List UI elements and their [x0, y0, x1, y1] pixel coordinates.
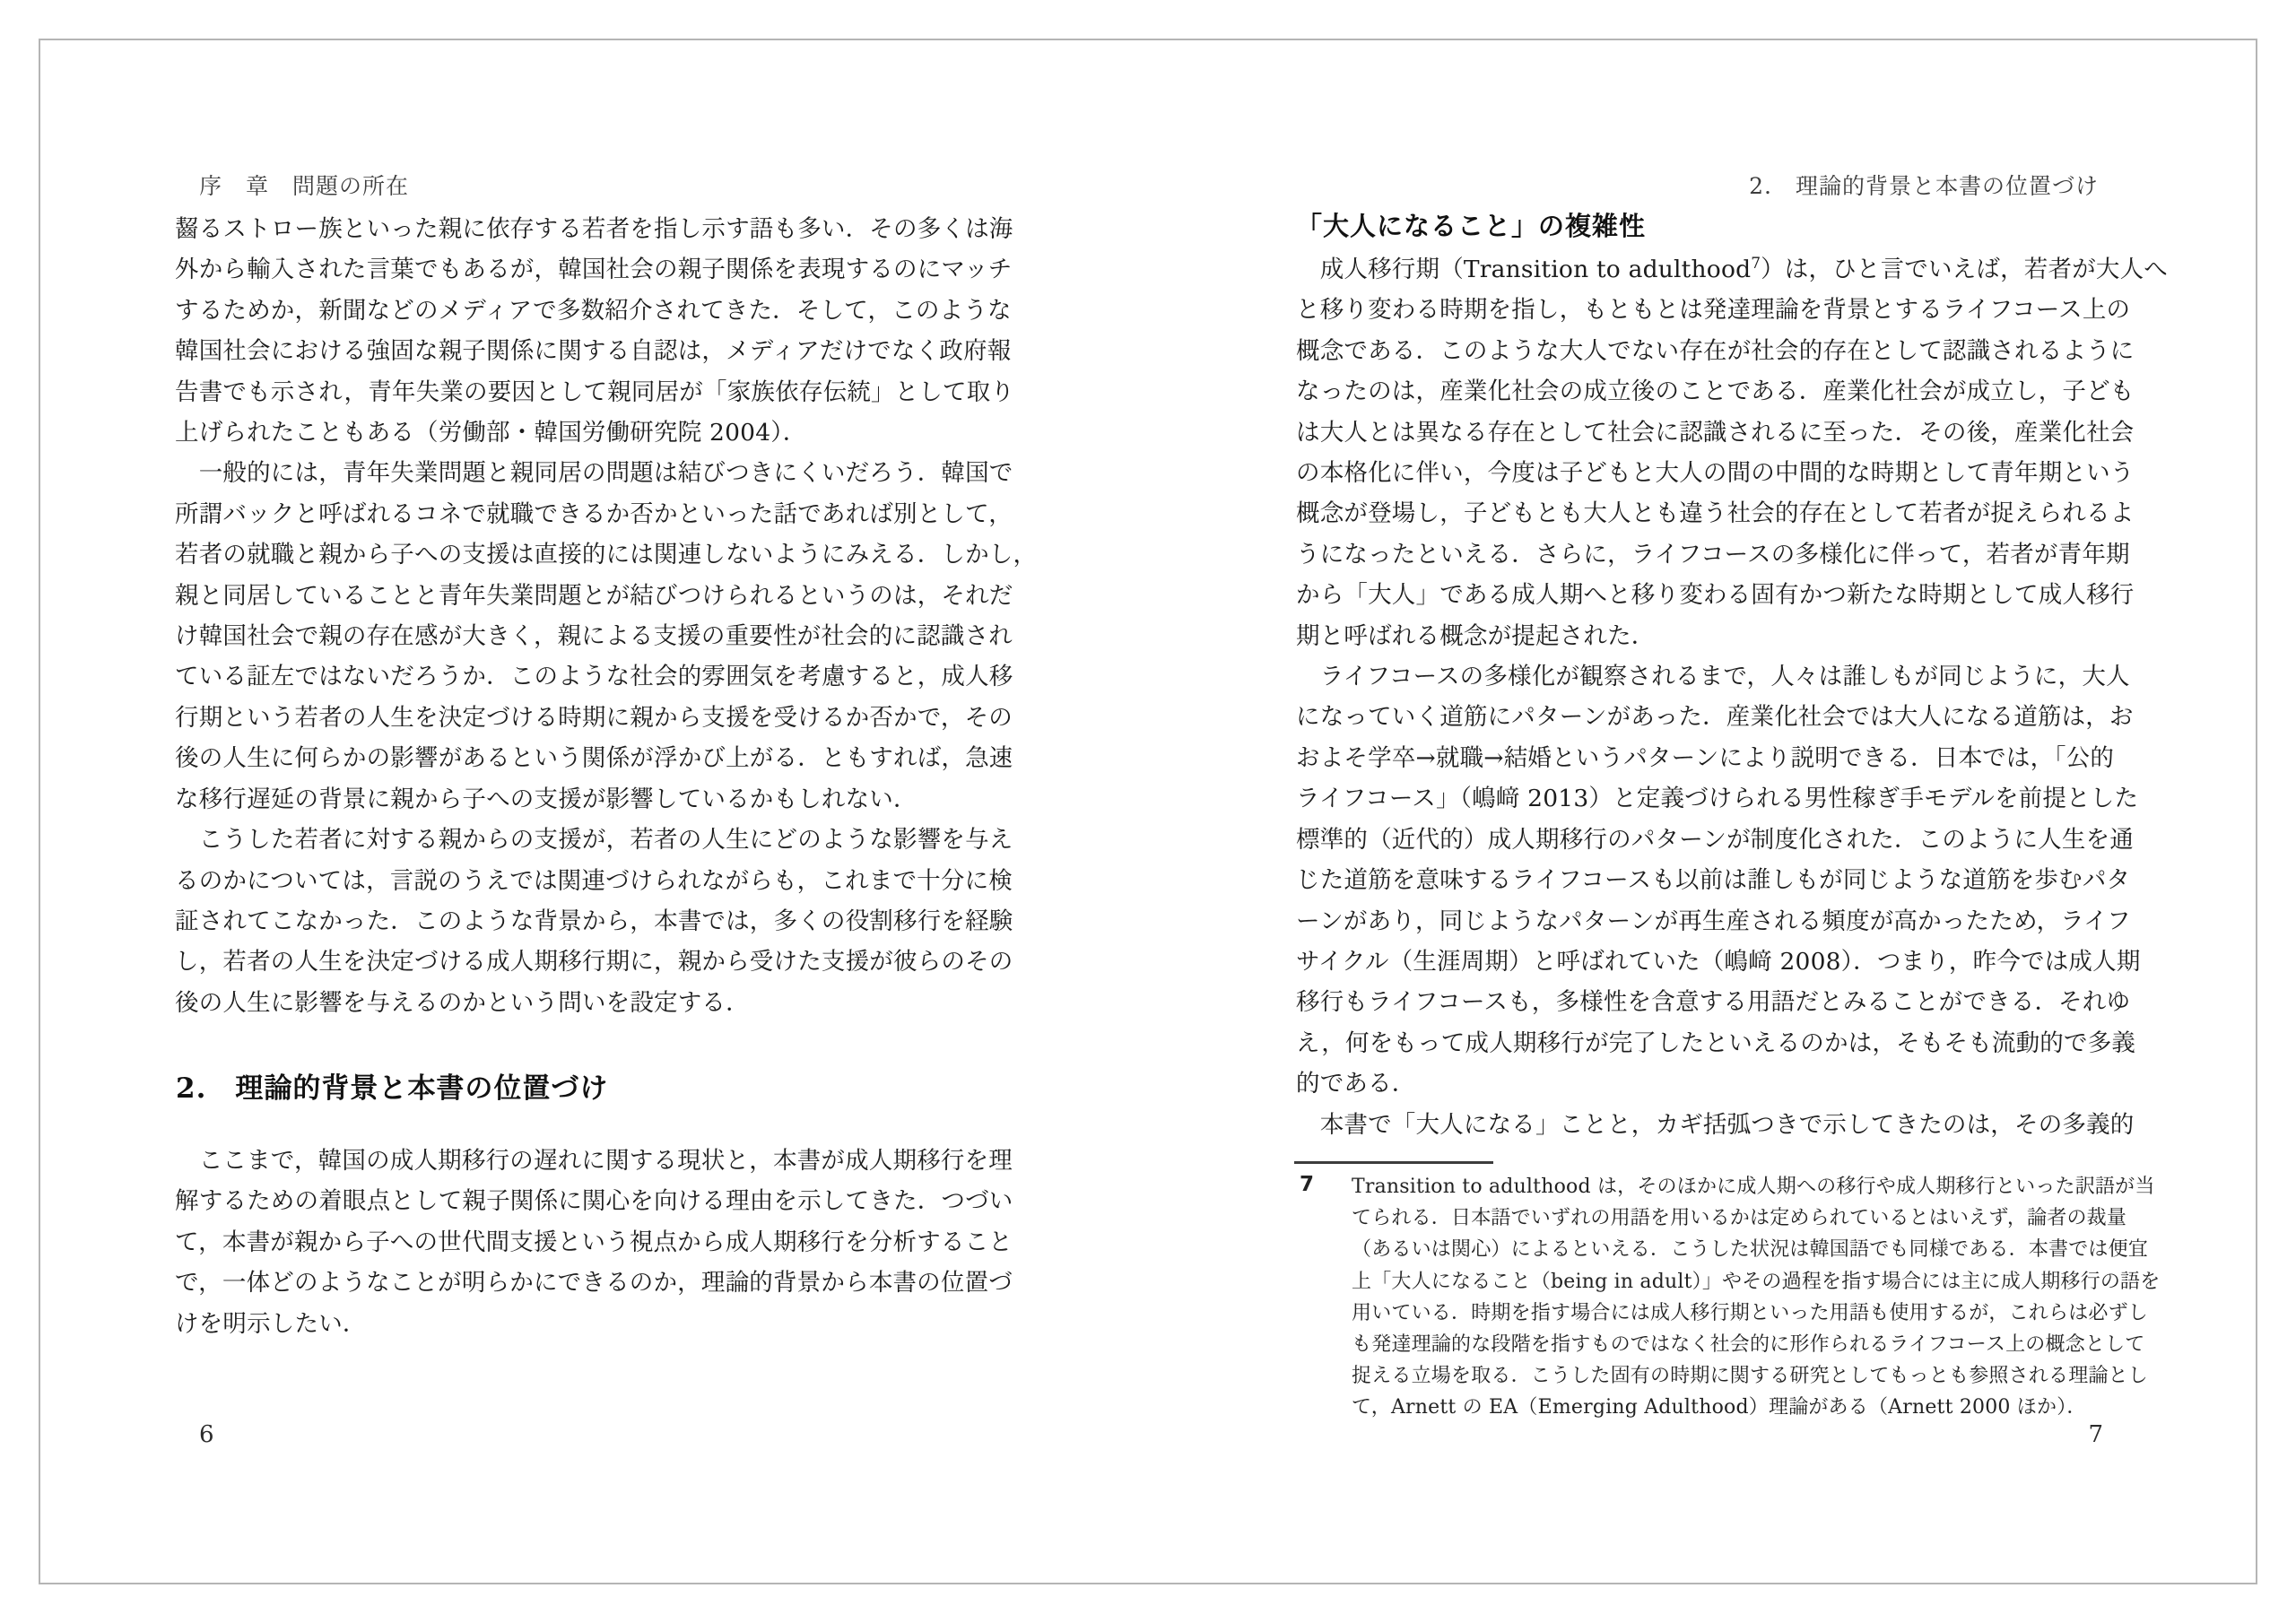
right-body-paragraphs: 成人移行期（Transition to adulthood7）は，ひと言でいえば… — [1296, 249, 2128, 1145]
book-spread-scan: 序 章 問題の所在 齧るストロー族といった親に依存する若者を指し示す語も多い．そ… — [0, 0, 2296, 1623]
right-body-rest: と移り変わる時期を指し，もともとは発達理論を背景とするライフコース上の概念である… — [1296, 290, 2128, 1145]
text-line: およそ学卒→就職→結婚というパターンにより説明できる．日本では，「公的 — [1296, 738, 2128, 778]
text-line: も発達理論的な段階を指すものではなく社会的に形作られるライフコース上の概念として — [1352, 1329, 2130, 1360]
text-line: 期と呼ばれる概念が提起された． — [1296, 616, 2128, 656]
text-line: 移行もライフコースも，多様性を含意する用語だとみることができる．それゆ — [1296, 982, 2128, 1022]
left-body-paragraphs: 齧るストロー族といった親に依存する若者を指し示す語も多い．その多くは海外から輸入… — [175, 209, 1013, 1023]
text-line: 一般的には，青年失業問題と親同居の問題は結びつきにくいだろう．韓国で — [175, 453, 1013, 493]
text-line: な移行遅延の背景に親から子への支援が影響しているかもしれない． — [175, 779, 1013, 820]
text-line: （あるいは関心）によるといえる．こうした状況は韓国語でも同様である．本書では便宜 — [1352, 1234, 2130, 1265]
text-line: 捉える立場を取る．こうした固有の時期に関する研究としてもっとも参照される理論とし — [1352, 1360, 2130, 1392]
text-line: て，Arnett の EA（Emerging Adulthood）理論がある（A… — [1352, 1392, 2130, 1423]
text-line: 上げられたこともある（労働部・韓国労働研究院 2004）． — [175, 412, 1013, 453]
left-section-heading: 2. 理論的背景と本書の位置づけ — [176, 1065, 608, 1106]
first-line-post: ）は，ひと言でいえば，若者が大人へ — [1761, 256, 2168, 283]
text-line: は大人とは異なる存在として社会に認識されるに至った．その後，産業化社会 — [1296, 412, 2128, 453]
text-line: で，一体どのようなことが明らかにできるのか，理論的背景から本書の位置づ — [175, 1263, 1013, 1303]
text-line: こうした若者に対する親からの支援が，若者の人生にどのような影響を与え — [175, 820, 1013, 860]
text-line: うになったといえる．さらに，ライフコースの多様化に伴って，若者が青年期 — [1296, 534, 2128, 575]
text-line: え，何をもって成人期移行が完了したといえるのかは，そもそも流動的で多義 — [1296, 1023, 2128, 1063]
text-line: 上「大人になること（being in adult）」やその過程を指す場合には主に… — [1352, 1266, 2130, 1298]
text-line: 解するための着眼点として親子関係に関心を向ける理由を示してきた．つづい — [175, 1181, 1013, 1221]
text-line: 用いている．時期を指す場合には成人移行期といった用語も使用するが，これらは必ずし — [1352, 1298, 2130, 1329]
text-line: けを明示したい． — [175, 1304, 1013, 1344]
text-line: 告書でも示され，青年失業の要因として親同居が「家族依存伝統」として取り — [175, 372, 1013, 412]
text-line: 概念が登場し，子どもとも大人とも違う社会的存在として若者が捉えられるよ — [1296, 493, 2128, 534]
footnote-reference: 7 — [1751, 255, 1761, 273]
footnote-block: 7 Transition to adulthood は，そのほかに成人期への移行… — [1296, 1171, 2130, 1424]
text-line: から「大人」である成人期へと移り変わる固有かつ新たな時期として成人移行 — [1296, 575, 2128, 615]
text-line: 後の人生に影響を与えるのかという問いを設定する． — [175, 983, 1013, 1023]
text-line: 所謂バックと呼ばれるコネで就職できるか否かといった話であれば別として， — [175, 494, 1013, 534]
text-line: 親と同居していることと青年失業問題とが結びつけられるというのは，それだ — [175, 576, 1013, 616]
text-line: 外から輸入された言葉でもあるが，韓国社会の親子関係を表現するのにマッチ — [175, 249, 1013, 290]
text-line: になっていく道筋にパターンがあった．産業化社会では大人になる道筋は，お — [1296, 697, 2128, 737]
text-line: 齧るストロー族といった親に依存する若者を指し示す語も多い．その多くは海 — [175, 209, 1013, 249]
text-line: てられる．日本語でいずれの用語を用いるかは定められているとはいえず，論者の裁量 — [1352, 1202, 2130, 1234]
text-line: ライフコース」（嶋﨑 2013）と定義づけられる男性稼ぎ手モデルを前提とした — [1296, 778, 2128, 819]
text-line: 概念である．このような大人でない存在が社会的存在として認識されるように — [1296, 331, 2128, 371]
text-line: ている証左ではないだろうか．このような社会的雰囲気を考慮すると，成人移 — [175, 656, 1013, 697]
right-page-number: 7 — [1296, 1421, 2128, 1448]
text-line: 本書で「大人になる」ことと，カギ括弧つきで示してきたのは，その多義的 — [1296, 1105, 2128, 1145]
text-line: の本格化に伴い，今度は子どもと大人の間の中間的な時期として青年期という — [1296, 453, 2128, 493]
text-line: サイクル（生涯周期）と呼ばれていた（嶋﨑 2008）．つまり，昨今では成人期 — [1296, 942, 2128, 982]
footnote-divider — [1294, 1161, 1493, 1164]
text-line: て，本書が親から子への世代間支援という視点から成人期移行を分析すること — [175, 1222, 1013, 1263]
text-line: 標準的（近代的）成人期移行のパターンが制度化された．このように人生を通 — [1296, 820, 2128, 860]
footnote-lines: Transition to adulthood は，そのほかに成人期への移行や成… — [1352, 1171, 2130, 1424]
text-line: 成人移行期（Transition to adulthood7）は，ひと言でいえば… — [1296, 249, 2128, 290]
text-line: と移り変わる時期を指し，もともとは発達理論を背景とするライフコース上の — [1296, 290, 2128, 330]
text-line: ここまで，韓国の成人期移行の遅れに関する現状と，本書が成人期移行を理 — [175, 1141, 1013, 1181]
text-line: ーンがあり，同じようなパターンが再生産される頻度が高かったため，ライフ — [1296, 901, 2128, 942]
first-line-pre: 成人移行期（Transition to adulthood — [1296, 256, 1751, 283]
text-line: Transition to adulthood は，そのほかに成人期への移行や成… — [1352, 1171, 2130, 1202]
text-line: 行期という若者の人生を決定づける時期に親から支援を受けるか否かで，その — [175, 698, 1013, 738]
text-line: するためか，新聞などのメディアで多数紹介されてきた．そして，このような — [175, 291, 1013, 331]
text-line: し，若者の人生を決定づける成人期移行期に，親から受けた支援が彼らのその — [175, 942, 1013, 982]
text-line: るのかについては，言説のうえでは関連づけられながらも，これまで十分に検 — [175, 861, 1013, 901]
text-line: なったのは，産業化社会の成立後のことである．産業化社会が成立し，子ども — [1296, 371, 2128, 412]
footnote-marker: 7 — [1300, 1173, 1314, 1196]
text-line: ライフコースの多様化が観察されるまで，人々は誰しもが同じように，大人 — [1296, 656, 2128, 697]
left-page-number: 6 — [199, 1421, 214, 1448]
text-line: 証されてこなかった．このような背景から，本書では，多くの役割移行を経験 — [175, 901, 1013, 942]
text-line: じた道筋を意味するライフコースも以前は誰しもが同じような道筋を歩むパタ — [1296, 860, 2128, 900]
text-line: 若者の就職と親から子への支援は直接的には関連しないようにみえる．しかし， — [175, 534, 1013, 575]
text-line: 的である． — [1296, 1063, 2128, 1104]
text-line: け韓国社会で親の存在感が大きく，親による支援の重要性が社会的に認識され — [175, 616, 1013, 656]
left-running-head: 序 章 問題の所在 — [199, 169, 409, 201]
left-body-paragraph-2: ここまで，韓国の成人期移行の遅れに関する現状と，本書が成人期移行を理解するための… — [175, 1141, 1013, 1344]
right-running-head: 2. 理論的背景と本書の位置づけ — [1296, 169, 2128, 201]
text-line: 韓国社会における強固な親子関係に関する自認は，メディアだけでなく政府報 — [175, 331, 1013, 371]
right-subheading: 「大人になること」の複雑性 — [1296, 206, 1646, 243]
text-line: 後の人生に何らかの影響があるという関係が浮かび上がる．ともすれば，急速 — [175, 738, 1013, 778]
